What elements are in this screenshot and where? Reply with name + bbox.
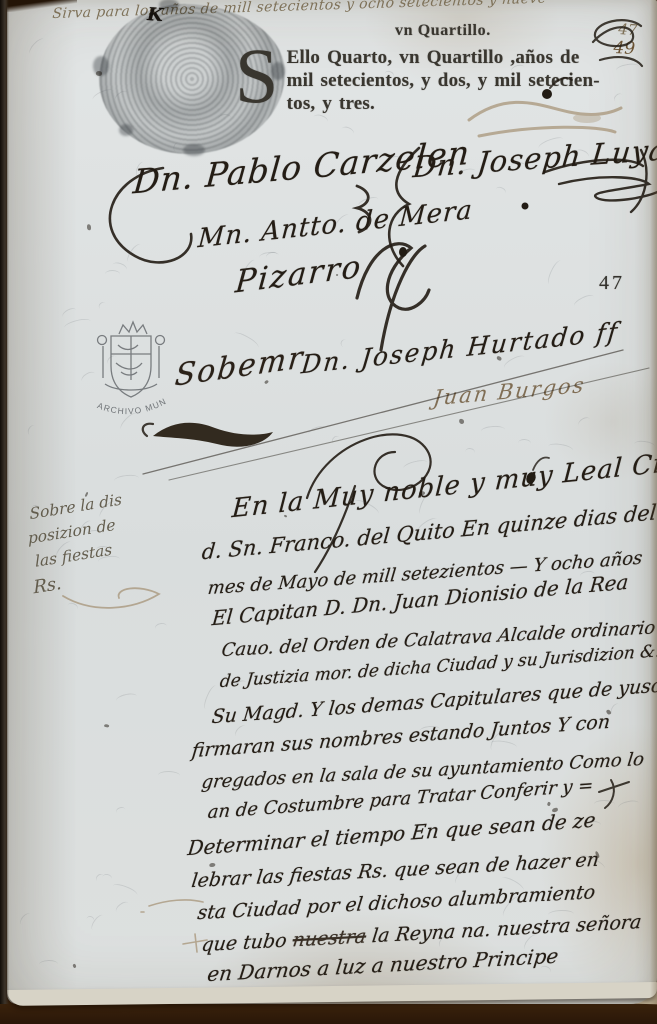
ghost-stroke [115, 806, 128, 818]
archive-stamp: ARCHIVO MUNICIPAL [85, 318, 177, 426]
ink-fleck [419, 491, 425, 496]
ghost-stroke [79, 370, 96, 385]
ghost-stroke [307, 424, 327, 439]
ghost-stroke [577, 853, 606, 873]
ghost-stroke [496, 892, 508, 904]
body-line-10: an de Costumbre para Tratar Conferir y = [207, 775, 595, 823]
ink-fleck [283, 514, 286, 517]
ghost-stroke [546, 258, 565, 285]
ghost-stroke [499, 875, 525, 895]
ghost-stroke [617, 799, 640, 812]
ghost-stroke [481, 426, 505, 437]
spiral-paraph [307, 434, 431, 572]
stamp-shield [111, 336, 151, 397]
ghost-stroke [418, 724, 440, 735]
carzelen-tail [357, 186, 370, 232]
signature-mera: Mn. Antto. de Mera [197, 195, 474, 254]
ghost-stroke [633, 440, 655, 452]
ghost-stroke [258, 251, 279, 262]
ghost-stroke [524, 764, 543, 777]
margin-note-line: Sobre la dis [29, 487, 122, 526]
ghost-stroke [480, 890, 494, 905]
ghost-stroke [18, 911, 34, 927]
ghost-stroke [115, 692, 137, 705]
ghost-stroke [594, 800, 615, 809]
corner-number-top: 47 [618, 20, 638, 39]
ghost-stroke [547, 442, 573, 455]
ghost-stroke [158, 771, 180, 781]
body-line-7: Su Magd. Y los demas Capitulares que de … [211, 674, 657, 728]
ghost-stroke [572, 293, 595, 311]
ghost-stroke [538, 135, 566, 152]
seal-text-line2: mil setecientos, y dos, y mil setecien- [235, 69, 655, 92]
body-line-12: lebrar las fiestas Rs. que sean de hazer… [190, 849, 600, 893]
ghost-stroke [133, 161, 147, 179]
body-line-13: sta Ciudad por el dichoso alumbramiento [196, 881, 596, 924]
stamp-label: ARCHIVO MUNICIPAL [81, 310, 168, 416]
signature-burgos: Juan Burgos [432, 373, 587, 411]
ghost-stroke [30, 504, 41, 515]
ghost-stroke [547, 909, 573, 919]
seal-text-line1: Ello Quarto, vn Quartillo ,años de [235, 46, 655, 69]
stamp-curl-right [156, 336, 165, 345]
ink-blot-1 [399, 247, 407, 257]
body-line-4: El Capitan D. Dn. Juan Dionisio de la Re… [211, 570, 630, 631]
ghost-stroke [97, 498, 119, 520]
ghost-stroke [118, 410, 140, 432]
stamp-crown [119, 322, 147, 334]
ghost-stroke [579, 570, 595, 581]
ghost-stroke [339, 338, 350, 349]
ghost-stroke [85, 915, 96, 926]
ghost-stroke [488, 731, 506, 753]
ghost-stroke [576, 416, 591, 430]
ghost-stroke [239, 258, 259, 283]
signature-rubric1: Sobemr [173, 340, 306, 394]
ink-fleck [73, 964, 77, 969]
ghost-stroke [124, 242, 143, 264]
ink-fleck [209, 863, 215, 867]
ghost-stroke [353, 497, 381, 518]
ghost-stroke [95, 545, 110, 555]
ghost-stroke [102, 873, 114, 884]
ghost-stroke [331, 434, 344, 447]
margin-plus-mark [183, 934, 207, 952]
ghost-stroke [453, 860, 477, 886]
ghost-stroke [233, 679, 248, 693]
body-line-9: gregados en la sala de su ayuntamiento C… [200, 749, 645, 793]
ghost-stroke [111, 261, 129, 275]
ghost-stroke [97, 300, 109, 312]
stamp-shield-quarters [111, 336, 151, 380]
ghost-stroke [27, 36, 47, 57]
ghost-stroke [574, 148, 590, 162]
ghost-stroke [539, 964, 553, 977]
ink-fleck [459, 419, 465, 425]
ghost-stroke [415, 516, 439, 536]
ghost-stroke [502, 354, 526, 372]
ghost-stroke [114, 474, 140, 486]
ink-fleck [496, 356, 502, 361]
folio-number: 47 [599, 272, 625, 295]
ghost-stroke [614, 559, 635, 571]
ghost-stroke [63, 317, 91, 332]
ink-blot-2 [525, 471, 538, 485]
ribbon-swash [153, 423, 273, 447]
ghost-stroke [465, 447, 476, 457]
ghost-stroke [94, 872, 107, 885]
body-line-1: En la Muy noble y muy Leal Ciud [231, 445, 657, 524]
body-line-6: de Justizia mor. de dicha Ciudad y su Ju… [219, 641, 657, 692]
ghost-stroke [494, 185, 507, 198]
seal-text-block: S Ello Quarto, vn Quartillo ,años de mil… [235, 46, 655, 115]
ghost-stroke [111, 882, 138, 900]
seal-drop-cap: S [235, 46, 287, 104]
signature-pizarro: Pizarro [234, 248, 364, 300]
ghost-stroke [489, 739, 517, 752]
ghost-stroke [89, 913, 107, 933]
ghost-stroke [54, 539, 74, 560]
line10-end-mark [599, 780, 629, 808]
body-line-14-struck: nuestra [291, 925, 367, 951]
ink-fleck [547, 802, 551, 806]
ghost-stroke [86, 530, 104, 539]
ink-fleck [84, 491, 88, 496]
revalidation-note: Sirva para los años de mill setecientos … [52, 0, 547, 22]
diagonal-stroke-2 [169, 368, 649, 480]
body-line-14-post: la Reyna na. nuestra señora [365, 911, 643, 948]
body-line-3: mes de Mayo de mill setezientos — Y ocho… [207, 548, 644, 600]
ghost-stroke [77, 519, 94, 537]
ghost-stroke [154, 621, 168, 632]
ink-blot-2-tail [533, 458, 549, 471]
ghost-stroke [436, 936, 450, 951]
margin-note-line: posizion de [27, 512, 123, 551]
ghost-stroke [26, 424, 39, 438]
body-line-8: firmaran sus nombres estando Juntos Y co… [191, 711, 612, 762]
book-binding [0, 0, 9, 1004]
stamp-columns [103, 346, 159, 378]
body-line-14: que tubo nuestra la Reyna na. nuestra se… [200, 911, 642, 956]
ghost-stroke [518, 438, 531, 448]
stamp-inner-figure [116, 345, 142, 375]
ghost-stroke [105, 270, 121, 279]
ghost-stroke [232, 330, 261, 351]
luyan-paraph [545, 150, 657, 212]
ink-fleck [86, 225, 90, 231]
margin-dash-mark [141, 900, 203, 912]
signature-joseph: Dn. Joseph Luyan [411, 131, 657, 184]
ghost-stroke [388, 155, 402, 166]
ink-flourishes-layer [7, 0, 657, 1004]
body-line-14-pre: que tubo [200, 929, 294, 956]
ghost-stroke [609, 702, 623, 717]
ink-fleck [103, 723, 109, 728]
ghost-stroke [331, 212, 351, 233]
pizarro-paraph [357, 244, 429, 350]
stamp-curl-left [98, 336, 107, 345]
quartillo-label: vn Quartillo. [395, 22, 491, 40]
ghost-stroke [266, 250, 280, 262]
ink-fleck [552, 807, 559, 812]
ink-fleck [605, 709, 611, 716]
torn-bottom-edge [7, 982, 657, 1006]
ghost-stroke [312, 113, 329, 126]
ghost-stroke [402, 458, 429, 473]
ghost-stroke [357, 195, 380, 210]
body-line-15: en Darnos a luz a nuestro Principe [206, 944, 560, 987]
stamp-base-scroll [105, 384, 157, 390]
manuscript-photo: Sirva para los años de mill setecientos … [0, 0, 657, 1024]
ghost-stroke [340, 125, 355, 138]
ghost-stroke [39, 960, 59, 970]
ghost-stroke [233, 723, 249, 739]
ghost-stroke [511, 161, 526, 170]
pablo-initial-loop [110, 168, 191, 262]
ghost-stroke [586, 821, 601, 830]
page: Sirva para los años de mill setecientos … [7, 0, 657, 1004]
ghost-stroke [500, 894, 523, 919]
body-line-5: Cauo. del Orden de Calatrava Alcalde ord… [220, 617, 656, 661]
ghost-stroke [98, 555, 121, 566]
ghost-stroke [202, 684, 221, 711]
body-line-2: d. Sn. Franco. del Quito En quinze dias … [201, 500, 657, 564]
margin-note-line: las fiestas [34, 536, 124, 574]
margin-note-line: Rs. [33, 560, 127, 603]
signature-hurtado: Dn. Joseph Hurtado ff [300, 317, 620, 380]
corner-sliver [7, 0, 77, 12]
ink-fleck [336, 274, 339, 277]
ghost-stroke [521, 933, 539, 952]
margin-swirl [63, 588, 159, 608]
ink-fleck [264, 380, 269, 385]
diagonal-stroke-1 [143, 350, 623, 474]
ghost-stroke [416, 487, 437, 516]
seal-text-line3: tos, y tres. [235, 92, 655, 115]
ghost-stroke [66, 602, 79, 614]
ghost-stroke [114, 899, 132, 915]
margin-note: Sobre la dis posizion de las fiestas Rs. [29, 487, 126, 602]
ghost-stroke [457, 167, 477, 180]
brace-flourish [389, 148, 419, 266]
ghost-stroke [60, 306, 78, 321]
body-line-11: Determinar el tiempo En que sean de ze [186, 807, 596, 860]
ghost-stroke [105, 353, 119, 367]
ribbon-swash-tail [143, 424, 153, 436]
ink-blot-4 [522, 203, 529, 210]
ink-fleck [595, 851, 600, 858]
